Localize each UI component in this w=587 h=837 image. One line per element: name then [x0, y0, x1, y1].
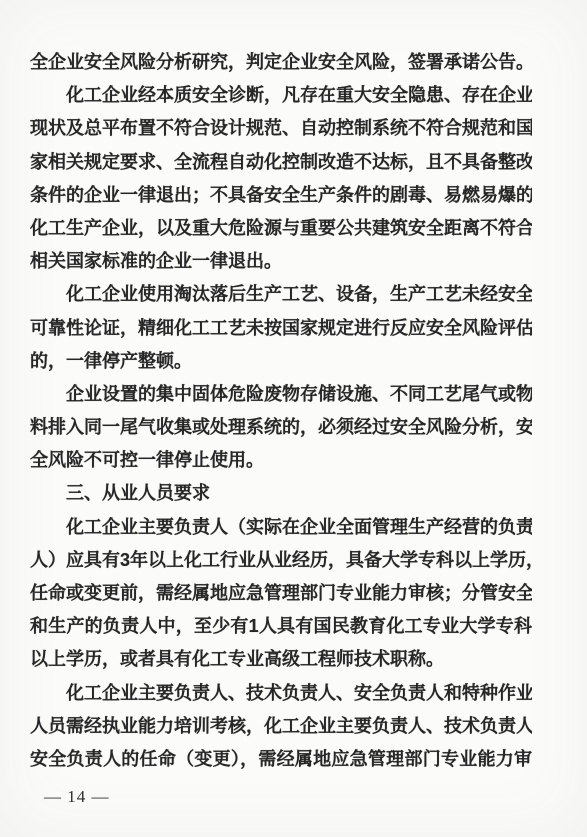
text-line: 全风险不可控一律停止使用。: [30, 444, 532, 477]
document-page: 全企业安全风险分析研究，判定企业安全风险，签署承诺公告。 化工企业经本质安全诊断…: [0, 0, 587, 837]
text-line: 化工企业使用淘汰落后生产工艺、设备，生产工艺未经安全: [30, 278, 532, 311]
text-line: 全企业安全风险分析研究，判定企业安全风险，签署承诺公告。: [30, 46, 532, 79]
text-line: 化工企业经本质安全诊断，凡存在重大安全隐患、存在企业: [30, 79, 532, 112]
page-number: — 14 —: [44, 786, 110, 808]
text-line: 化工企业主要负责人（实际在企业全面管理生产经营的负责: [30, 511, 532, 544]
text-line: 料排入同一尾气收集或处理系统的，必须经过安全风险分析，安: [30, 411, 532, 444]
text-line: 安全负责人的任命（变更），需经属地应急管理部门专业能力审: [30, 743, 532, 776]
text-line: 相关国家标准的企业一律退出。: [30, 245, 532, 278]
text-line: 现状及总平布置不符合设计规范、自动控制系统不符合规范和国: [30, 112, 532, 145]
text-line: 化工生产企业，以及重大危险源与重要公共建筑安全距离不符合: [30, 212, 532, 245]
text-line: 企业设置的集中固体危险废物存储设施、不同工艺尾气或物: [30, 378, 532, 411]
text-line: 以上学历，或者具有化工专业高级工程师技术职称。: [30, 643, 532, 676]
text-line: 任命或变更前，需经属地应急管理部门专业能力审核；分管安全: [30, 577, 532, 610]
text-line: 的，一律停产整顿。: [30, 345, 532, 378]
text-line: 化工企业主要负责人、技术负责人、安全负责人和特种作业: [30, 677, 532, 710]
text-line: 可靠性论证，精细化工工艺未按国家规定进行反应安全风险评估: [30, 312, 532, 345]
text-line: 条件的企业一律退出；不具备安全生产条件的剧毒、易燃易爆的: [30, 179, 532, 212]
text-line: 人员需经执业能力培训考核，化工企业主要负责人、技术负责人、: [30, 710, 532, 743]
section-heading: 三、从业人员要求: [30, 477, 532, 510]
body-text: 全企业安全风险分析研究，判定企业安全风险，签署承诺公告。 化工企业经本质安全诊断…: [30, 46, 532, 776]
text-line: 和生产的负责人中，至少有1人具有国民教育化工专业大学专科: [30, 610, 532, 643]
text-line: 人）应具有3年以上化工行业从业经历，具备大学专科以上学历，: [30, 544, 532, 577]
text-line: 家相关规定要求、全流程自动化控制改造不达标，且不具备整改: [30, 146, 532, 179]
